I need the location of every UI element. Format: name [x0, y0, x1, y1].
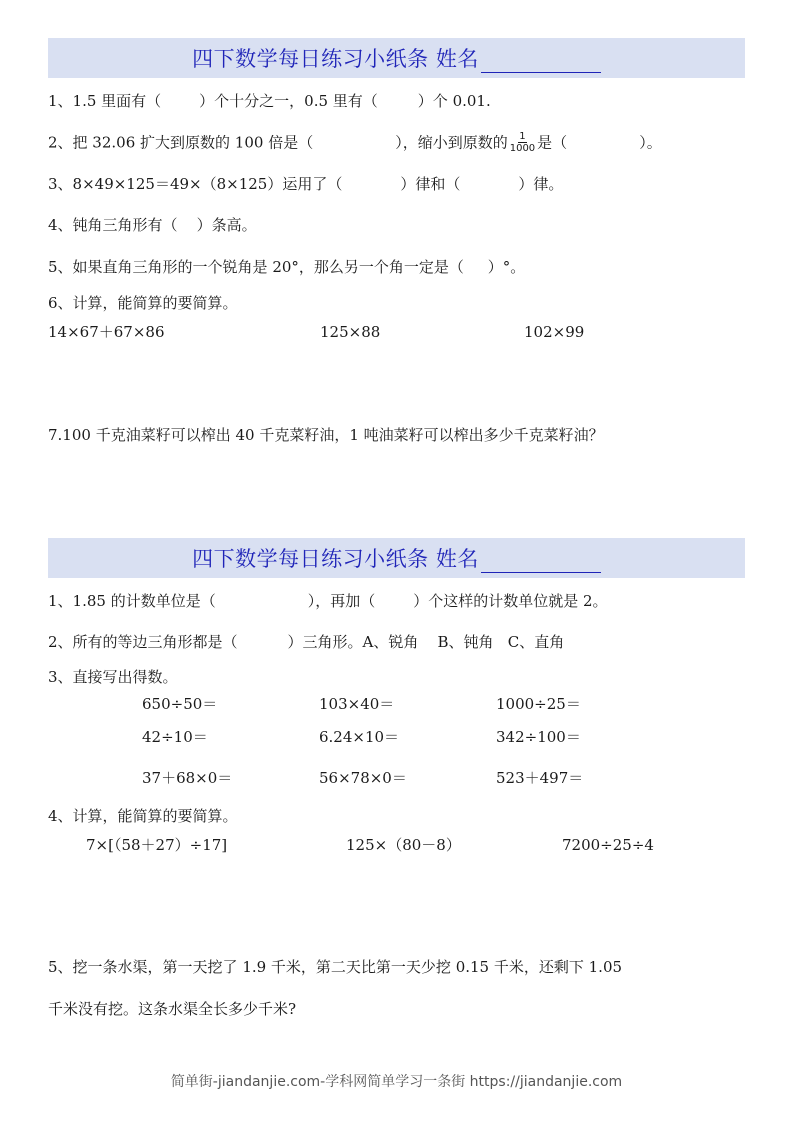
sheet1-question-5: 5、如果直角三角形的一个锐角是 20°，那么另一个角一定是（ ）°。 [48, 257, 525, 277]
sheet1-banner: 四下数学每日练习小纸条 姓名 [48, 38, 745, 78]
sheet2-q4-expr-1: 7×[（58＋27）÷17] [86, 835, 227, 855]
fraction-1-1000: 11000 [509, 131, 536, 154]
sheet2-q3-expr: 103×40＝ [319, 694, 394, 714]
sheet2-q3-expr: 56×78×0＝ [319, 768, 407, 788]
sheet1-question-2: 2、把 32.06 扩大到原数的 100 倍是（），缩小到原数的11000是（）… [48, 132, 662, 155]
sheet1-q6-expr-3: 102×99 [524, 322, 584, 342]
sheet2-q3-expr: 42÷10＝ [142, 727, 208, 747]
sheet2-question-5-line-2: 千米没有挖。这条水渠全长多少千米? [48, 999, 296, 1019]
sheet1-question-6-title: 6、计算，能简算的要简算。 [48, 293, 238, 313]
sheet2-question-5-line-1: 5、挖一条水渠，第一天挖了 1.9 千米，第二天比第一天少挖 0.15 千米，还… [48, 957, 622, 977]
sheet1-question-3: 3、8×49×125＝49×（8×125）运用了（）律和（）律。 [48, 174, 563, 194]
sheet2-question-1: 1、1.85 的计数单位是（），再加（）个这样的计数单位就是 2。 [48, 591, 608, 611]
sheet1-name-blank [481, 53, 601, 73]
sheet1-question-1: 1、1.5 里面有（）个十分之一，0.5 里有（）个 0.01. [48, 91, 491, 111]
sheet2-q3-expr: 37＋68×0＝ [142, 768, 232, 788]
sheet1-banner-title: 四下数学每日练习小纸条 姓名 [192, 43, 479, 73]
sheet1-q6-expr-2: 125×88 [320, 322, 380, 342]
sheet1-question-7: 7.100 千克油菜籽可以榨出 40 千克菜籽油，1 吨油菜籽可以榨出多少千克菜… [48, 425, 604, 445]
sheet2-banner: 四下数学每日练习小纸条 姓名 [48, 538, 745, 578]
sheet2-q3-expr: 342÷100＝ [496, 727, 581, 747]
sheet2-q3-expr: 6.24×10＝ [319, 727, 399, 747]
sheet2-q3-expr: 523＋497＝ [496, 768, 583, 788]
sheet1-q6-expr-1: 14×67＋67×86 [48, 322, 165, 342]
sheet1-question-4: 4、钝角三角形有（ ）条高。 [48, 215, 257, 235]
sheet2-q4-expr-3: 7200÷25÷4 [562, 835, 654, 855]
footer-watermark: 简单街-jiandanjie.com-学科网简单学习一条街 https://ji… [0, 1071, 793, 1091]
sheet2-q3-expr: 1000÷25＝ [496, 694, 581, 714]
sheet2-q3-expr: 650÷50＝ [142, 694, 217, 714]
sheet2-question-2: 2、所有的等边三角形都是（）三角形。A、锐角 B、钝角 C、直角 [48, 632, 564, 652]
sheet2-name-blank [481, 553, 601, 573]
sheet2-question-4-title: 4、计算，能简算的要简算。 [48, 806, 238, 826]
sheet2-q4-expr-2: 125×（80－8） [346, 835, 461, 855]
sheet2-banner-title: 四下数学每日练习小纸条 姓名 [192, 543, 479, 573]
sheet2-question-3-title: 3、直接写出得数。 [48, 667, 178, 687]
